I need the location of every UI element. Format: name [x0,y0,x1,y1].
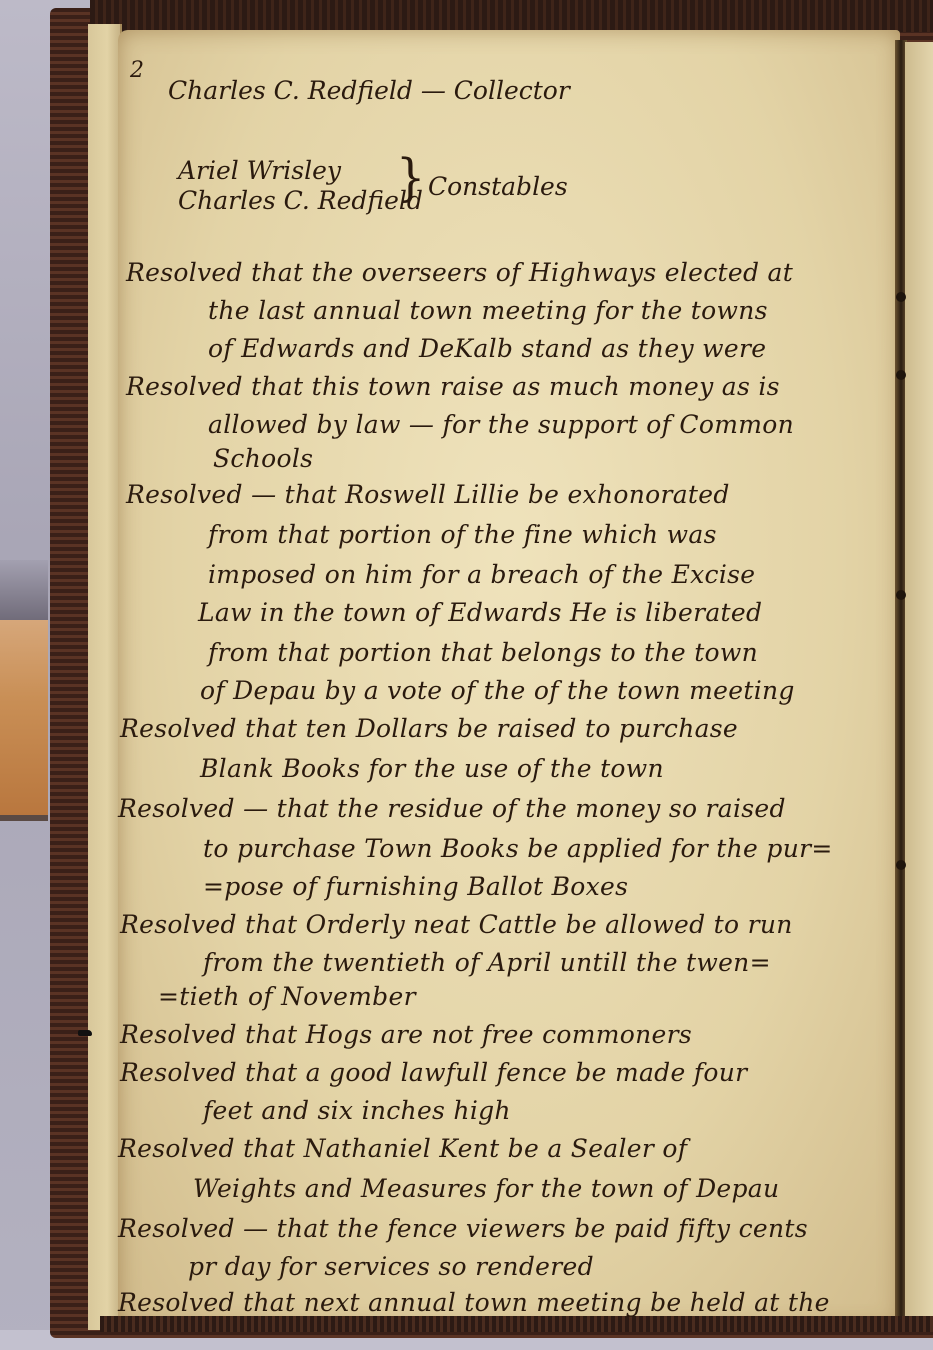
shadow-region [0,560,48,622]
wooden-book-support [0,620,48,821]
ink-blot-mark [78,1030,92,1036]
handwritten-content-footer [118,0,900,1298]
flyleaf-edge [88,24,122,1330]
facing-page-edge [905,42,933,1330]
